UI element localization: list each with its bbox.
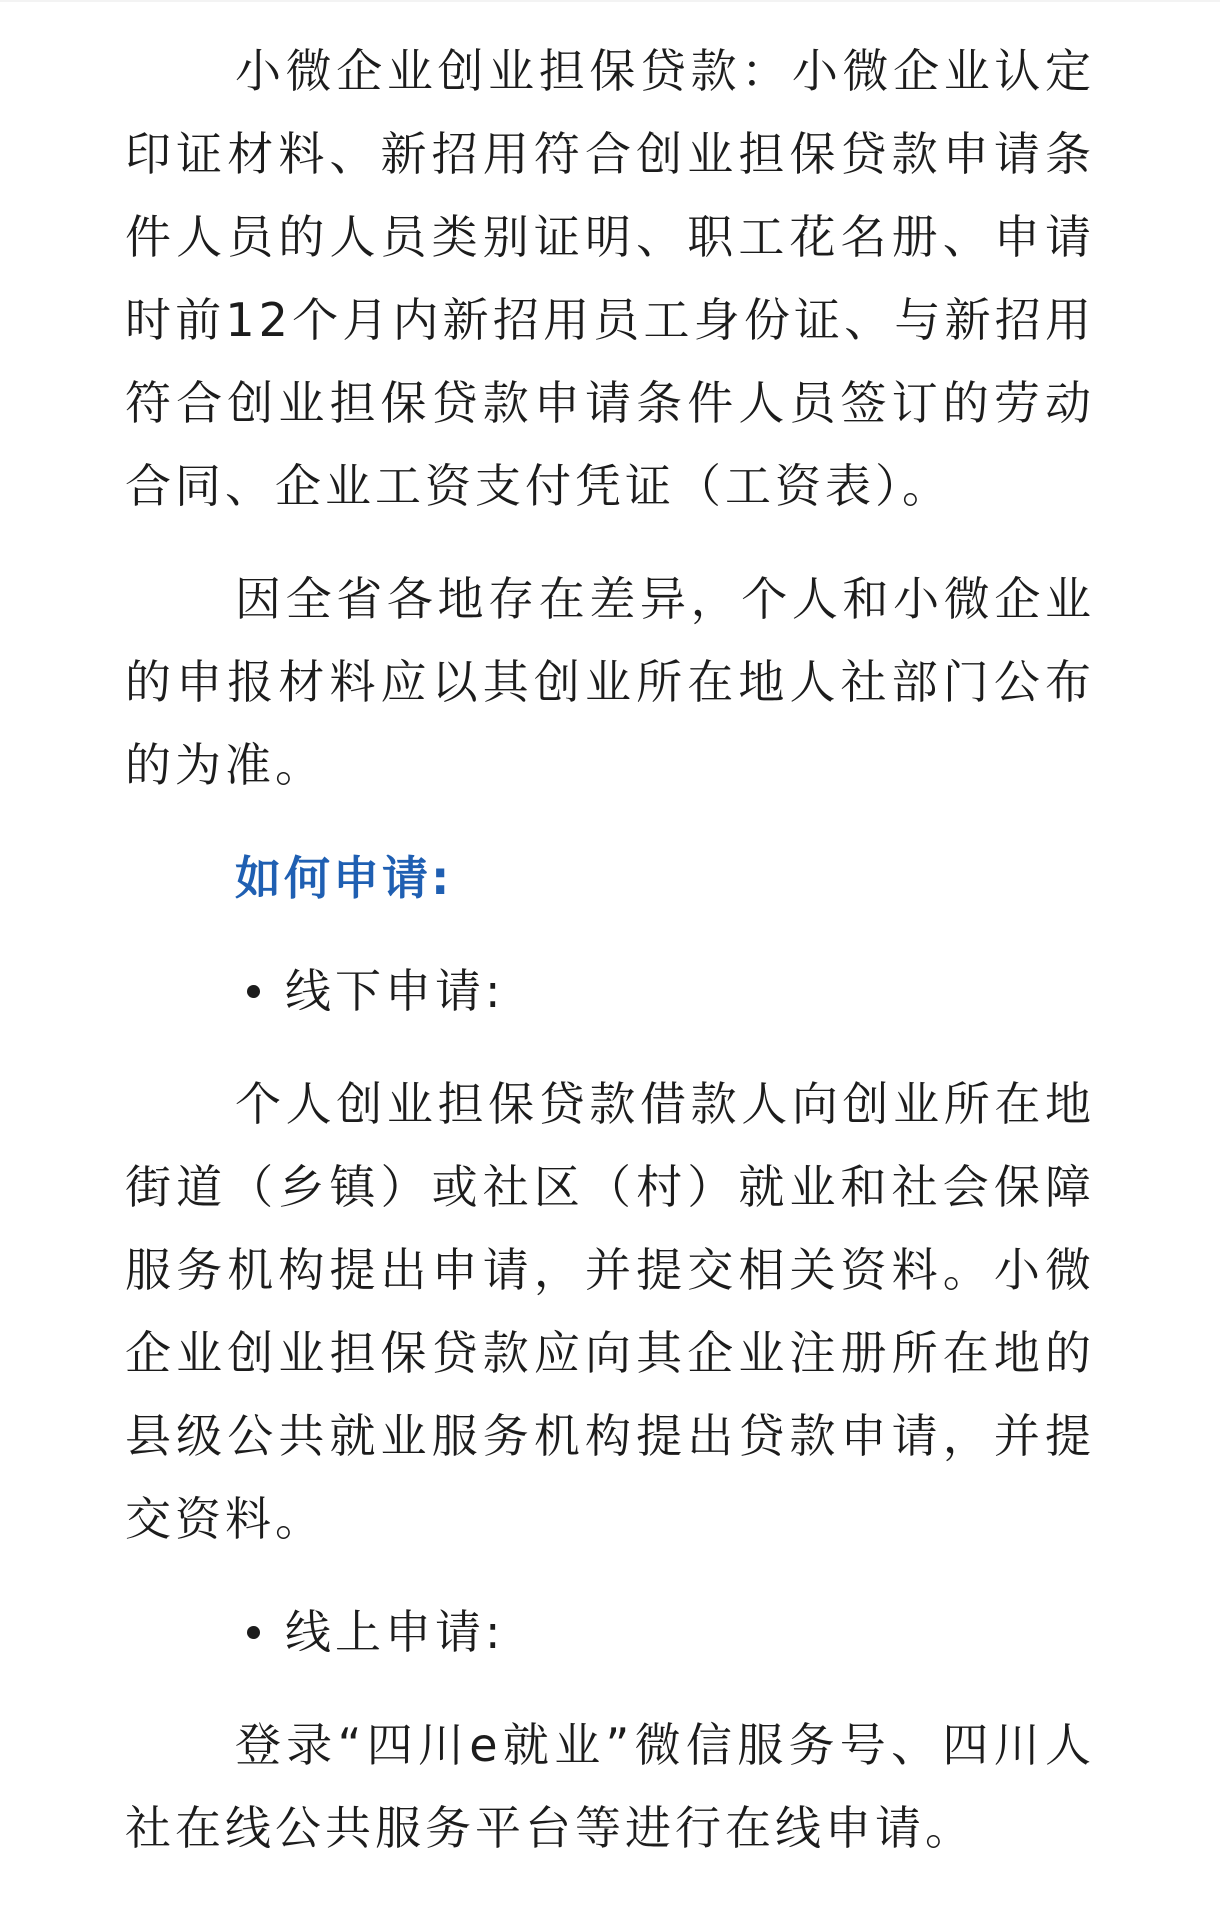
bullet-dot-icon (247, 1626, 260, 1639)
paragraph-micro-enterprise-materials: 小微企业创业担保贷款：小微企业认定印证材料、新招用符合创业担保贷款申请条件人员的… (125, 30, 1095, 528)
bullet-label-online: 线上申请: (285, 1591, 505, 1674)
bullet-dot-icon (247, 985, 260, 998)
paragraph-offline-application: 个人创业担保贷款借款人向创业所在地街道（乡镇）或社区（村）就业和社会保障服务机构… (125, 1063, 1095, 1561)
section-heading-how-to-apply: 如何申请: (235, 837, 1095, 920)
bullet-online-application: 线上申请: (125, 1591, 1095, 1674)
bullet-offline-application: 线下申请: (125, 950, 1095, 1033)
bullet-label-offline: 线下申请: (285, 950, 505, 1033)
article-body: 小微企业创业担保贷款：小微企业认定印证材料、新招用符合创业担保贷款申请条件人员的… (125, 30, 1095, 1900)
paragraph-online-application: 登录“四川e就业”微信服务号、四川人社在线公共服务平台等进行在线申请。 (125, 1704, 1095, 1870)
paragraph-regional-differences-note: 因全省各地存在差异，个人和小微企业的申报材料应以其创业所在地人社部门公布的为准。 (125, 558, 1095, 807)
top-divider (0, 0, 1220, 2)
